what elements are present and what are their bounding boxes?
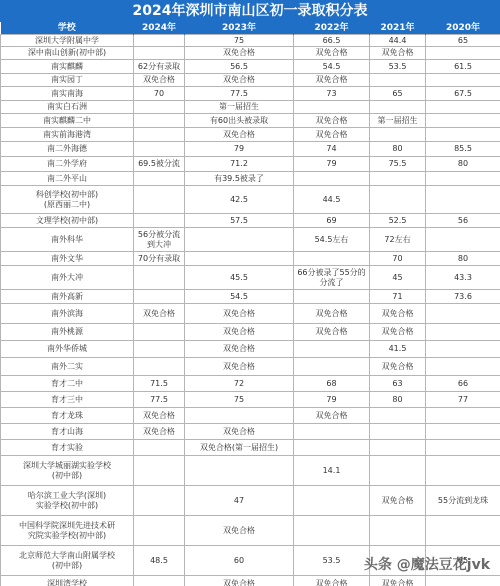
header-row: 学校 2024年 2023年 2022年 2021年 2020年 [1,22,500,35]
score-cell-2023: 71.2 [185,157,294,172]
score-cell-2024 [134,101,185,114]
score-cell-2023: 47 [185,486,294,516]
score-cell-2021: 65 [370,87,426,101]
score-cell-2022: 69 [294,214,370,228]
table-row: 南外二实双免合格双免合格 [1,358,500,376]
score-cell-2023: 56.5 [185,60,294,74]
score-cell-2022: 79 [294,392,370,408]
score-cell-2021: 41.5 [370,341,426,358]
score-cell-2023: 57.5 [185,214,294,228]
school-name-cell: 南外滨海 [1,304,134,324]
score-cell-2022: 双免合格 [294,408,370,424]
score-cell-2022: 44.5 [294,186,370,214]
table-row: 南外高新54.57173.6 [1,290,500,304]
table-row: 育才二中71.572686366 [1,376,500,392]
score-cell-2020 [426,186,500,214]
score-cell-2023: 双免合格 [185,341,294,358]
score-cell-2024 [134,47,185,60]
table-row: 育才龙珠双免合格双免合格 [1,408,500,424]
score-cell-2021 [370,456,426,486]
score-cell-2020: 73.6 [426,290,500,304]
table-row: 深圳湾学校双免合格双免合格双免合格 [1,576,500,586]
score-cell-2020 [426,576,500,586]
score-cell-2022: 14.1 [294,456,370,486]
score-cell-2020: 65 [426,35,500,47]
table-row: 南实白石洲第一届招生 [1,101,500,114]
table-row: 南实麒麟62分有录取56.554.553.561.5 [1,60,500,74]
score-cell-2020: 67.5 [426,87,500,101]
score-cell-2023 [185,252,294,266]
school-name-cell: 南实前海港湾 [1,128,134,142]
score-cell-2022 [294,101,370,114]
score-cell-2020 [426,324,500,341]
score-cell-2021 [370,172,426,186]
school-name-cell: 南外文华 [1,252,134,266]
score-cell-2020 [426,358,500,376]
score-cell-2020: 56 [426,214,500,228]
school-name-cell: 南二外平山 [1,172,134,186]
score-cell-2022 [294,290,370,304]
score-cell-2023: 72 [185,376,294,392]
school-name-cell: 育才山海 [1,424,134,440]
score-cell-2022: 双免合格 [294,576,370,586]
table-title: 2024年深圳市南山区初一录取积分表 [0,0,500,22]
score-cell-2021: 53.5 [370,60,426,74]
table-row: 科创学校(初中部) (原西丽二中)42.544.5 [1,186,500,214]
score-cell-2020 [426,304,500,324]
score-cell-2022 [294,486,370,516]
score-cell-2022: 双免合格 [294,74,370,87]
score-cell-2022 [294,358,370,376]
school-name-cell: 南外华侨城 [1,341,134,358]
score-cell-2023: 双免合格 [185,74,294,87]
header-2022: 2022年 [294,22,370,35]
score-cell-2023: 有39.5被录了 [185,172,294,186]
score-cell-2022 [294,172,370,186]
score-cell-2022 [294,440,370,456]
table-row: 中国科学院深圳先进技术研 究院实验学校(初中部)双免合格 [1,516,500,546]
score-cell-2024: 48.5 [134,546,185,576]
score-cell-2021 [370,128,426,142]
school-name-cell: 南外二实 [1,358,134,376]
score-cell-2021 [370,101,426,114]
score-cell-2022: 74 [294,142,370,157]
score-cell-2020: 66 [426,376,500,392]
score-cell-2020 [426,172,500,186]
score-cell-2021 [370,516,426,546]
score-cell-2021: 70 [370,252,426,266]
school-name-cell: 南外科华 [1,228,134,252]
score-cell-2023: 有60出头被录取 [185,114,294,128]
score-cell-2021: 44.4 [370,35,426,47]
table-row: 南二外平山有39.5被录了 [1,172,500,186]
score-cell-2023: 双免合格 [185,304,294,324]
header-2021: 2021年 [370,22,426,35]
score-cell-2023: 75 [185,392,294,408]
score-cell-2020 [426,341,500,358]
score-cell-2021 [370,74,426,87]
score-cell-2023: 60 [185,546,294,576]
score-cell-2021 [370,186,426,214]
score-cell-2024 [134,341,185,358]
school-name-cell: 哈尔滨工业大学(深圳) 实验学校(初中部) [1,486,134,516]
score-cell-2020 [426,440,500,456]
school-name-cell: 科创学校(初中部) (原西丽二中) [1,186,134,214]
score-cell-2021: 双免合格 [370,358,426,376]
score-cell-2023: 75 [185,35,294,47]
table-row: 深圳大学附属中学7566.544.465 [1,35,500,47]
score-cell-2023 [185,228,294,252]
score-cell-2024: 双免合格 [134,304,185,324]
score-cell-2020: 61.5 [426,60,500,74]
table-row: 南二外海德79748085.5 [1,142,500,157]
table-row: 南二外学府69.5被分流71.27975.580 [1,157,500,172]
school-name-cell: 南实园丁 [1,74,134,87]
school-name-cell: 南实南海 [1,87,134,101]
school-name-cell: 南实麒麟 [1,60,134,74]
score-cell-2024 [134,35,185,47]
score-cell-2024 [134,440,185,456]
school-name-cell: 育才实验 [1,440,134,456]
score-cell-2024: 双免合格 [134,424,185,440]
table-row: 哈尔滨工业大学(深圳) 实验学校(初中部)47双免合格55分流到龙珠 [1,486,500,516]
score-cell-2023: 42.5 [185,186,294,214]
score-cell-2024 [134,128,185,142]
score-cell-2022: 53.5 [294,546,370,576]
score-cell-2020 [426,424,500,440]
school-name-cell: 文理学校(初中部) [1,214,134,228]
score-cell-2020: 80 [426,252,500,266]
school-name-cell: 育才龙珠 [1,408,134,424]
score-cell-2023: 双免合格(第一届招生) [185,440,294,456]
score-cell-2023: 双免合格 [185,47,294,60]
score-cell-2020: 55分流到龙珠 [426,486,500,516]
header-school: 学校 [1,22,134,35]
score-cell-2024: 双免合格 [134,74,185,87]
table-row: 南实南海7077.5736567.5 [1,87,500,101]
score-cell-2024: 69.5被分流 [134,157,185,172]
table-row: 南实麒麟二中有60出头被录取双免合格第一届招生 [1,114,500,128]
table-row: 南外华侨城双免合格41.5 [1,341,500,358]
score-cell-2023 [185,456,294,486]
score-cell-2020 [426,101,500,114]
score-cell-2024 [134,324,185,341]
score-cell-2020 [426,114,500,128]
score-cell-2023: 54.5 [185,290,294,304]
score-cell-2024: 70 [134,87,185,101]
score-cell-2022: 双免合格 [294,47,370,60]
score-cell-2023: 双免合格 [185,358,294,376]
score-cell-2024: 77.5 [134,392,185,408]
table-row: 深圳大学城丽湖实验学校 (初中部)14.1 [1,456,500,486]
score-cell-2024 [134,456,185,486]
school-name-cell: 深圳大学附属中学 [1,35,134,47]
score-cell-2021: 71 [370,290,426,304]
score-cell-2023: 双免合格 [185,128,294,142]
score-cell-2022: 54.5左右 [294,228,370,252]
score-cell-2023: 第一届招生 [185,101,294,114]
score-cell-2024: 双免合格 [134,408,185,424]
score-cell-2020 [426,516,500,546]
header-2020: 2020年 [426,22,500,35]
score-cell-2021: 双免合格 [370,304,426,324]
score-cell-2021: 双免合格 [370,324,426,341]
score-cell-2020 [426,47,500,60]
score-cell-2021: 75.5 [370,157,426,172]
school-name-cell: 南二外学府 [1,157,134,172]
school-name-cell: 南实白石洲 [1,101,134,114]
score-cell-2023: 双免合格 [185,324,294,341]
score-cell-2024: 71.5 [134,376,185,392]
score-cell-2021 [370,440,426,456]
score-cell-2022: 双免合格 [294,128,370,142]
table-row: 文理学校(初中部)57.56952.556 [1,214,500,228]
score-cell-2020 [426,456,500,486]
score-cell-2023: 45.5 [185,266,294,290]
table-row: 南外文华70分有录取7080 [1,252,500,266]
score-cell-2022 [294,516,370,546]
score-cell-2020 [426,74,500,87]
score-cell-2023 [185,408,294,424]
score-cell-2024 [134,214,185,228]
school-name-cell: 南外高新 [1,290,134,304]
score-cell-2020 [426,408,500,424]
score-cell-2020: 43.3 [426,266,500,290]
score-cell-2021: 63 [370,376,426,392]
score-cell-2022: 68 [294,376,370,392]
school-name-cell: 中国科学院深圳先进技术研 究院实验学校(初中部) [1,516,134,546]
table-row: 育才实验双免合格(第一届招生) [1,440,500,456]
score-cell-2021: 双免合格 [370,47,426,60]
score-cell-2022: 66.5 [294,35,370,47]
score-cell-2024 [134,486,185,516]
header-2023: 2023年 [185,22,294,35]
score-cell-2024 [134,266,185,290]
score-cell-2021: 第一届招生 [370,114,426,128]
table-row: 南实前海港湾双免合格双免合格 [1,128,500,142]
score-cell-2021 [370,424,426,440]
table-row: 南外科华56分被分流 到大冲54.5左右72左右 [1,228,500,252]
school-name-cell: 南外大冲 [1,266,134,290]
school-name-cell: 南实麒麟二中 [1,114,134,128]
score-cell-2021: 72左右 [370,228,426,252]
score-cell-2022: 双免合格 [294,324,370,341]
school-name-cell: 南二外海德 [1,142,134,157]
score-cell-2022: 54.5 [294,60,370,74]
score-cell-2023: 双免合格 [185,516,294,546]
score-cell-2024 [134,290,185,304]
score-cell-2020 [426,228,500,252]
score-cell-2021: 双免合格 [370,576,426,586]
table-row: 南外桃源双免合格双免合格双免合格 [1,324,500,341]
header-2024: 2024年 [134,22,185,35]
score-cell-2021 [370,408,426,424]
school-name-cell: 育才三中 [1,392,134,408]
score-cell-2024 [134,516,185,546]
score-cell-2020: 80 [426,157,500,172]
score-cell-2021: 双免合格 [370,486,426,516]
score-cell-2022: 79 [294,157,370,172]
score-cell-2024 [134,114,185,128]
score-cell-2024: 62分有录取 [134,60,185,74]
score-cell-2020 [426,128,500,142]
score-cell-2022 [294,424,370,440]
score-cell-2021: 45 [370,266,426,290]
score-cell-2022: 双免合格 [294,114,370,128]
score-cell-2022 [294,252,370,266]
score-cell-2024 [134,186,185,214]
table-row: 南外大冲45.566分被录了55分的 分流了4543.3 [1,266,500,290]
school-name-cell: 深圳湾学校 [1,576,134,586]
school-name-cell: 深中南山创新(初中部) [1,47,134,60]
score-cell-2021: 80 [370,142,426,157]
score-cell-2024: 56分被分流 到大冲 [134,228,185,252]
admission-score-table: 学校 2024年 2023年 2022年 2021年 2020年 深圳大学附属中… [0,22,500,586]
score-cell-2021: 80 [370,392,426,408]
table-row: 南外滨海双免合格双免合格双免合格双免合格 [1,304,500,324]
score-cell-2021: 52.5 [370,214,426,228]
score-cell-2020: 77 [426,392,500,408]
school-name-cell: 深圳大学城丽湖实验学校 (初中部) [1,456,134,486]
table-row: 育才三中77.575798077 [1,392,500,408]
table-row: 深中南山创新(初中部)双免合格双免合格双免合格 [1,47,500,60]
score-cell-2022: 73 [294,87,370,101]
score-cell-2024 [134,172,185,186]
score-cell-2024 [134,358,185,376]
score-cell-2020: 85.5 [426,142,500,157]
score-cell-2023: 77.5 [185,87,294,101]
score-cell-2024: 70分有录取 [134,252,185,266]
score-cell-2024 [134,576,185,586]
watermark: 头条 @魔法豆花jvk [364,554,490,574]
score-cell-2023: 79 [185,142,294,157]
score-cell-2024 [134,142,185,157]
school-name-cell: 育才二中 [1,376,134,392]
table-row: 南实园丁双免合格双免合格双免合格 [1,74,500,87]
table-row: 育才山海双免合格双免合格 [1,424,500,440]
score-cell-2022: 双免合格 [294,304,370,324]
score-cell-2023: 双免合格 [185,576,294,586]
score-cell-2023: 双免合格 [185,424,294,440]
school-name-cell: 南外桃源 [1,324,134,341]
school-name-cell: 北京师范大学南山附属学校 (初中部) [1,546,134,576]
score-cell-2022: 66分被录了55分的 分流了 [294,266,370,290]
score-cell-2022 [294,341,370,358]
